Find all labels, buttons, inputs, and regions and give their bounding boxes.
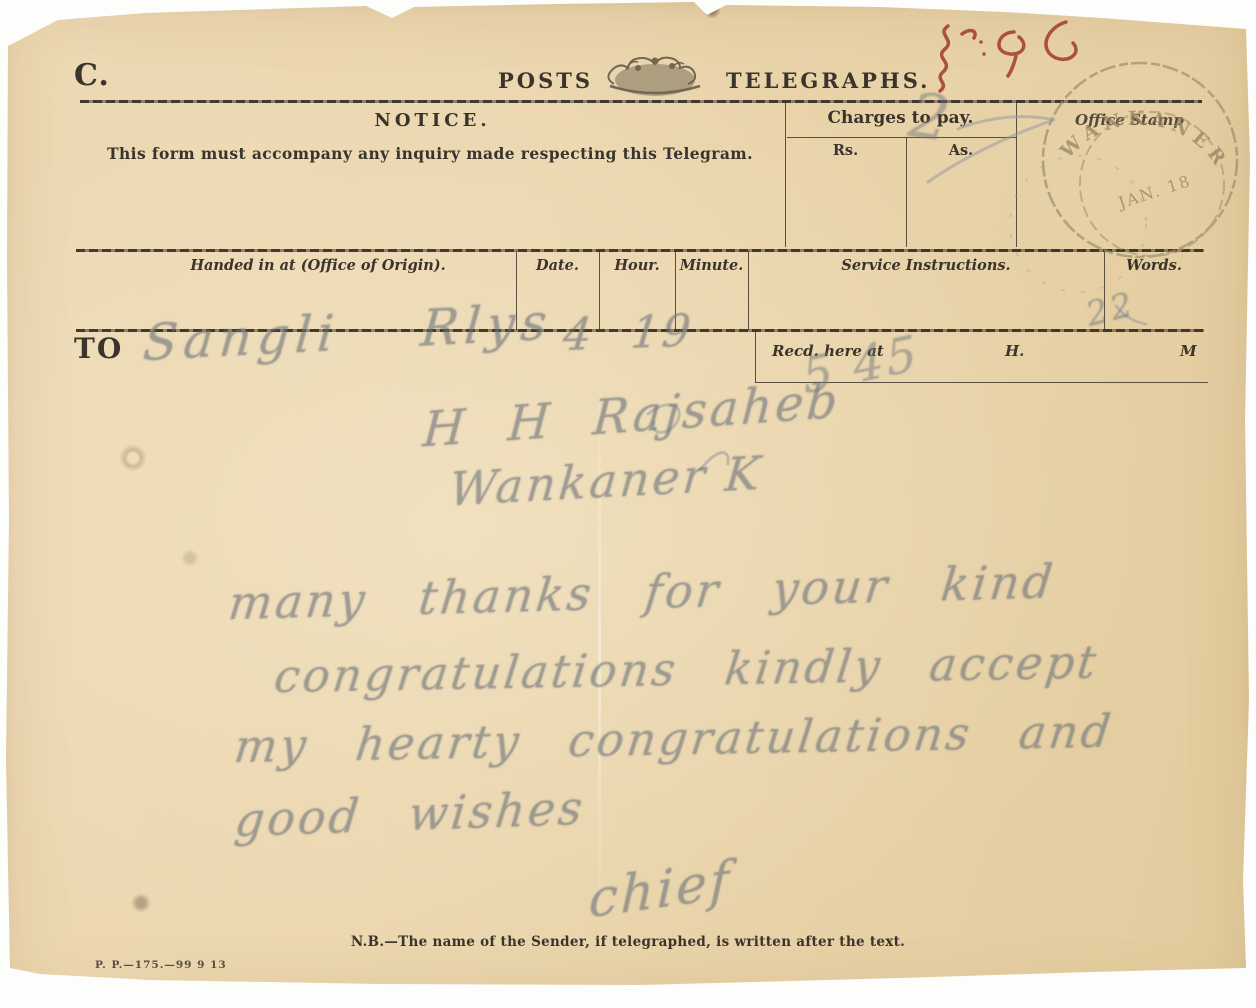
nb-note: N.B.—The name of the Sender, if telegrap…: [351, 934, 905, 950]
print-code: P. P.—175.—99 9 13: [95, 959, 227, 971]
telegram-scan: C. POSTS TELEGRAPHS. NOTICE. This form m…: [0, 0, 1256, 1008]
hw-date-hour: 4 19: [561, 305, 696, 361]
